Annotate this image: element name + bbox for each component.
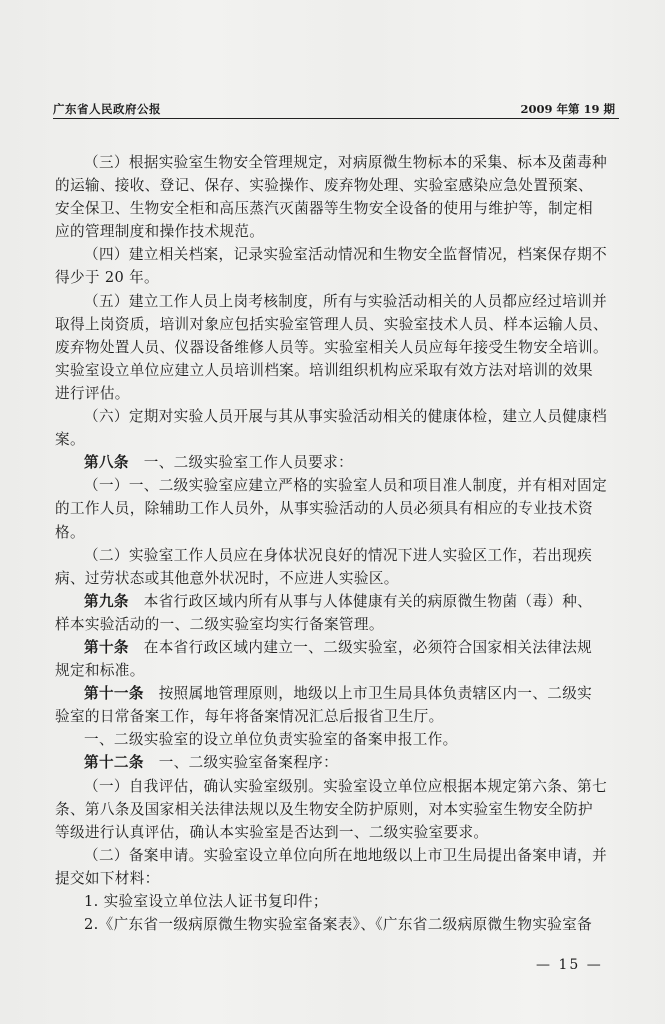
text-line: 得少于 20 年。 <box>55 266 621 289</box>
line-text: 安全保卫、生物安全柜和高压蒸汽灭菌器等生物安全设备的使用与维护等，制定相 <box>55 200 593 217</box>
line-text: 一、二级实验室的设立单位负责实验室的备案申报工作。 <box>84 731 458 748</box>
text-line: （三）根据实验室生物安全管理规定，对病原微生物标本的采集、标本及菌毒种 <box>55 151 621 174</box>
line-text: （一）自我评估，确认实验室级别。实验室设立单位应根据本规定第六条、第七 <box>84 778 607 795</box>
text-line: 等级进行认真评估，确认本实验室是否达到一、二级实验室要求。 <box>55 821 621 844</box>
line-text: 的工作人员，除辅助工作人员外，从事实验活动的人员必须具有相应的专业技术资 <box>55 500 593 517</box>
line-text: 病、过劳状态或其他意外状况时，不应进人实验区。 <box>55 570 399 587</box>
document-page: 广东省人民政府公报 2009 年第 19 期 （三）根据实验室生物安全管理规定，… <box>0 0 665 1024</box>
line-text: 等级进行认真评估，确认本实验室是否达到一、二级实验室要求。 <box>55 824 488 841</box>
text-line: 安全保卫、生物安全柜和高压蒸汽灭菌器等生物安全设备的使用与维护等，制定相 <box>55 197 621 220</box>
text-line: 2.《广东省一级病原微生物实验室备案表》、《广东省二级病原微生物实验室备 <box>55 913 621 936</box>
line-text: 验室的日常备案工作，每年将备案情况汇总后报省卫生厅。 <box>55 708 444 725</box>
line-text: 按照属地管理原则，地级以上市卫生局具体负责辖区内一、二级实 <box>159 685 592 702</box>
line-text: 提交如下材料： <box>55 870 160 887</box>
text-line: 实验室设立单位应建立人员培训档案。培训组织机构应采取有效方法对培训的效果 <box>55 359 621 382</box>
text-line: 提交如下材料： <box>55 867 621 890</box>
line-text: （二）实验室工作人员应在身体状况良好的情况下进人实验区工作，若出现疾 <box>84 547 592 564</box>
line-text: 样本实验活动的一、二级实验室均实行备案管理。 <box>55 616 384 633</box>
page-number: — 15 — <box>536 957 603 973</box>
text-line: 病、过劳状态或其他意外状况时，不应进人实验区。 <box>55 567 621 590</box>
text-line: 案。 <box>55 428 621 451</box>
line-text: 规定和标准。 <box>55 662 145 679</box>
line-text: （五）建立工作人员上岗考核制度，所有与实验活动相关的人员都应经过培训并 <box>84 293 607 310</box>
issue-number: 2009 年第 19 期 <box>520 101 615 117</box>
text-line: 取得上岗资质，培训对象应包括实验室管理人员、实验室技术人员、样本运输人员、 <box>55 313 621 336</box>
text-line: 应的管理制度和操作技术规范。 <box>55 220 621 243</box>
article-number: 第十二条 <box>84 754 144 771</box>
line-text: 案。 <box>55 431 85 448</box>
line-text: 实验室设立单位应建立人员培训档案。培训组织机构应采取有效方法对培训的效果 <box>55 362 593 379</box>
line-text: 在本省行政区域内建立一、二级实验室，必须符合国家相关法律法规 <box>144 639 592 656</box>
line-text: （二）备案申请。实验室设立单位向所在地地级以上市卫生局提出备案申请，并 <box>84 847 607 864</box>
text-line: （二）备案申请。实验室设立单位向所在地地级以上市卫生局提出备案申请，并 <box>55 844 621 867</box>
line-text: （四）建立相关档案，记录实验室活动情况和生物安全监督情况，档案保存期不 <box>84 246 607 263</box>
line-text: 2.《广东省一级病原微生物实验室备案表》、《广东省二级病原微生物实验室备 <box>84 916 592 933</box>
text-line: 的运输、接收、登记、保存、实验操作、废弃物处理、实验室感染应急处置预案、 <box>55 174 621 197</box>
line-text: 格。 <box>55 524 85 541</box>
text-line: 条、第八条及国家相关法律法规以及生物安全防护原则，对本实验室生物安全防护 <box>55 798 621 821</box>
article-line: 第八条 一、二级实验室工作人员要求： <box>55 451 621 474</box>
line-text: 一、二级实验室备案程序： <box>159 754 338 771</box>
line-text: 一、二级实验室工作人员要求： <box>144 454 353 471</box>
article-line: 第十条 在本省行政区域内建立一、二级实验室，必须符合国家相关法律法规 <box>55 636 621 659</box>
text-line: 验室的日常备案工作，每年将备案情况汇总后报省卫生厅。 <box>55 705 621 728</box>
publication-title: 广东省人民政府公报 <box>53 101 161 117</box>
body-text: （三）根据实验室生物安全管理规定，对病原微生物标本的采集、标本及菌毒种的运输、接… <box>55 151 621 936</box>
text-line: （四）建立相关档案，记录实验室活动情况和生物安全监督情况，档案保存期不 <box>55 243 621 266</box>
text-line: （二）实验室工作人员应在身体状况良好的情况下进人实验区工作，若出现疾 <box>55 544 621 567</box>
line-text: 的运输、接收、登记、保存、实验操作、废弃物处理、实验室感染应急处置预案、 <box>55 177 593 194</box>
page-header: 广东省人民政府公报 2009 年第 19 期 <box>53 100 619 119</box>
line-text: 取得上岗资质，培训对象应包括实验室管理人员、实验室技术人员、样本运输人员、 <box>55 316 608 333</box>
article-number: 第十一条 <box>84 685 144 702</box>
text-line: 1. 实验室设立单位法人证书复印件； <box>55 890 621 913</box>
line-text: 得少于 20 年。 <box>55 269 159 286</box>
text-line: （一）一、二级实验室应建立严格的实验室人员和项目准人制度，并有相对固定 <box>55 474 621 497</box>
line-text: （三）根据实验室生物安全管理规定，对病原微生物标本的采集、标本及菌毒种 <box>84 154 607 171</box>
article-line: 第九条 本省行政区域内所有从事与人体健康有关的病原微生物菌（毒）种、 <box>55 590 621 613</box>
text-line: （五）建立工作人员上岗考核制度，所有与实验活动相关的人员都应经过培训并 <box>55 290 621 313</box>
article-number: 第八条 <box>84 454 129 471</box>
article-number: 第十条 <box>84 639 129 656</box>
text-line: 进行评估。 <box>55 382 621 405</box>
article-number: 第九条 <box>84 593 129 610</box>
text-line: （六）定期对实验人员开展与其从事实验活动相关的健康体检，建立人员健康档 <box>55 405 621 428</box>
text-line: 格。 <box>55 521 621 544</box>
line-text: 应的管理制度和操作技术规范。 <box>55 223 264 240</box>
line-text: 条、第八条及国家相关法律法规以及生物安全防护原则，对本实验室生物安全防护 <box>55 801 593 818</box>
line-text: 进行评估。 <box>55 385 130 402</box>
article-line: 第十一条 按照属地管理原则，地级以上市卫生局具体负责辖区内一、二级实 <box>55 682 621 705</box>
line-text: （一）一、二级实验室应建立严格的实验室人员和项目准人制度，并有相对固定 <box>84 477 607 494</box>
text-line: 的工作人员，除辅助工作人员外，从事实验活动的人员必须具有相应的专业技术资 <box>55 497 621 520</box>
text-line: 一、二级实验室的设立单位负责实验室的备案申报工作。 <box>55 728 621 751</box>
line-text: （六）定期对实验人员开展与其从事实验活动相关的健康体检，建立人员健康档 <box>84 408 607 425</box>
line-text: 本省行政区域内所有从事与人体健康有关的病原微生物菌（毒）种、 <box>144 593 592 610</box>
line-text: 1. 实验室设立单位法人证书复印件； <box>84 893 328 910</box>
text-line: 样本实验活动的一、二级实验室均实行备案管理。 <box>55 613 621 636</box>
text-line: 规定和标准。 <box>55 659 621 682</box>
article-line: 第十二条 一、二级实验室备案程序： <box>55 751 621 774</box>
text-line: 废弃物处置人员、仪器设备维修人员等。实验室相关人员应每年接受生物安全培训。 <box>55 336 621 359</box>
line-text: 废弃物处置人员、仪器设备维修人员等。实验室相关人员应每年接受生物安全培训。 <box>55 339 608 356</box>
text-line: （一）自我评估，确认实验室级别。实验室设立单位应根据本规定第六条、第七 <box>55 775 621 798</box>
